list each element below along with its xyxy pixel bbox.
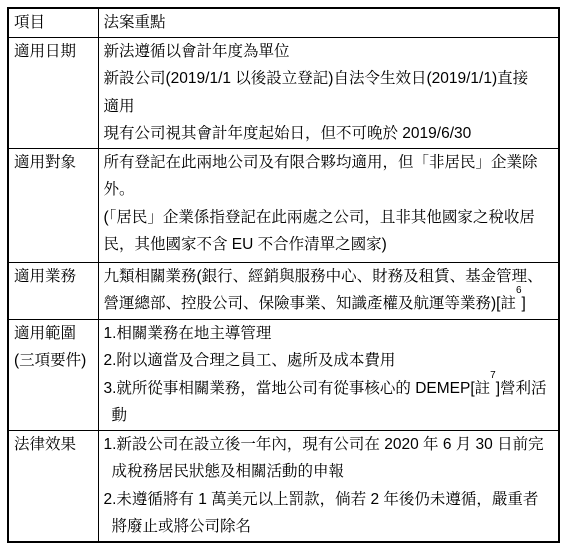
row-label-cell: 適用範圍 (三項要件): [8, 319, 98, 430]
row-label: 適用範圍: [14, 320, 93, 348]
text-line: 2.附以適當及合理之員工、處所及成本費用: [104, 347, 554, 375]
row-content-cell: 新法遵循以會計年度為單位 新設公司(2019/1/1 以後設立登記)自法令生效日…: [98, 37, 559, 148]
row-content-cell: 所有登記在此兩地公司及有限合夥均適用，但「非居民」企業除 外。 (「居民」企業係…: [98, 148, 559, 262]
header-points-cell: 法案重點: [98, 8, 559, 37]
row-label-cell: 法律效果: [8, 430, 98, 542]
row-label-secondary: (三項要件): [14, 347, 93, 375]
text-line: 適用: [104, 93, 554, 121]
row-label-cell: 適用對象: [8, 148, 98, 262]
text-line: 九類相關業務(銀行、經銷與服務中心、財務及租賃、基金管理、: [104, 263, 554, 291]
text-line: 民，其他國家不含 EU 不合作清單之國家): [104, 231, 554, 259]
row-label: 適用日期: [14, 38, 93, 66]
header-row: 項目 法案重點: [8, 8, 559, 37]
table-row-apply-date: 適用日期 新法遵循以會計年度為單位 新設公司(2019/1/1 以後設立登記)自…: [8, 37, 559, 148]
text-line: 成稅務居民狀態及相關活動的申報: [104, 458, 554, 486]
text-line: (「居民」企業係指登記在此兩處之公司，且非其他國家之稅收居: [104, 204, 554, 232]
row-content-cell: 1.相關業務在地主導管理 2.附以適當及合理之員工、處所及成本費用 3.就所從事…: [98, 319, 559, 430]
text-line: 外。: [104, 176, 554, 204]
row-label: 適用對象: [14, 149, 93, 177]
text-line: 所有登記在此兩地公司及有限合夥均適用，但「非居民」企業除: [104, 149, 554, 177]
table-row-apply-target: 適用對象 所有登記在此兩地公司及有限合夥均適用，但「非居民」企業除 外。 (「居…: [8, 148, 559, 262]
law-summary-table: 項目 法案重點 適用日期 新法遵循以會計年度為單位 新設公司(2019/1/1 …: [7, 7, 560, 543]
text-line: 1.新設公司在設立後一年內，現有公司在 2020 年 6 月 30 日前完: [104, 431, 554, 459]
text-line: 現有公司視其會計年度起始日，但不可晚於 2019/6/30: [104, 120, 554, 148]
text-line: 2.未遵循將有 1 萬美元以上罰款，倘若 2 年後仍未遵循，嚴重者: [104, 486, 554, 514]
text-line: 將廢止或將公司除名: [104, 513, 554, 541]
text-line: 營運總部、控股公司、保險事業、知識產權及航運等業務)[註6]: [104, 290, 554, 318]
row-content-cell: 1.新設公司在設立後一年內，現有公司在 2020 年 6 月 30 日前完 成稅…: [98, 430, 559, 542]
text-line: 動: [104, 402, 554, 430]
row-label: 適用業務: [14, 263, 93, 291]
table-row-apply-scope: 適用範圍 (三項要件) 1.相關業務在地主導管理 2.附以適當及合理之員工、處所…: [8, 319, 559, 430]
text-segment: 3.就所從事相關業務，當地公司有從事核心的 DEMEP[註: [104, 380, 491, 397]
footnote-superscript: 6: [516, 285, 522, 296]
row-label-cell: 適用日期: [8, 37, 98, 148]
text-segment: 營運總部、控股公司、保險事業、知識產權及航運等業務)[註: [104, 295, 516, 312]
row-label-cell: 適用業務: [8, 262, 98, 319]
table-row-apply-business: 適用業務 九類相關業務(銀行、經銷與服務中心、財務及租賃、基金管理、 營運總部、…: [8, 262, 559, 319]
text-segment: ]: [522, 295, 526, 312]
text-line: 新法遵循以會計年度為單位: [104, 38, 554, 66]
text-line: 1.相關業務在地主導管理: [104, 320, 554, 348]
row-label: 法律效果: [14, 431, 93, 459]
document-page: 項目 法案重點 適用日期 新法遵循以會計年度為單位 新設公司(2019/1/1 …: [0, 0, 568, 538]
row-content-cell: 九類相關業務(銀行、經銷與服務中心、財務及租賃、基金管理、 營運總部、控股公司、…: [98, 262, 559, 319]
text-line: 3.就所從事相關業務，當地公司有從事核心的 DEMEP[註7]營利活: [104, 375, 554, 403]
header-points-label: 法案重點: [104, 9, 554, 36]
header-item-label: 項目: [14, 9, 93, 36]
text-segment: ]營利活: [496, 380, 547, 397]
header-item-cell: 項目: [8, 8, 98, 37]
text-line: 新設公司(2019/1/1 以後設立登記)自法令生效日(2019/1/1)直接: [104, 65, 554, 93]
table-row-legal-effect: 法律效果 1.新設公司在設立後一年內，現有公司在 2020 年 6 月 30 日…: [8, 430, 559, 542]
footnote-superscript: 7: [490, 370, 496, 381]
